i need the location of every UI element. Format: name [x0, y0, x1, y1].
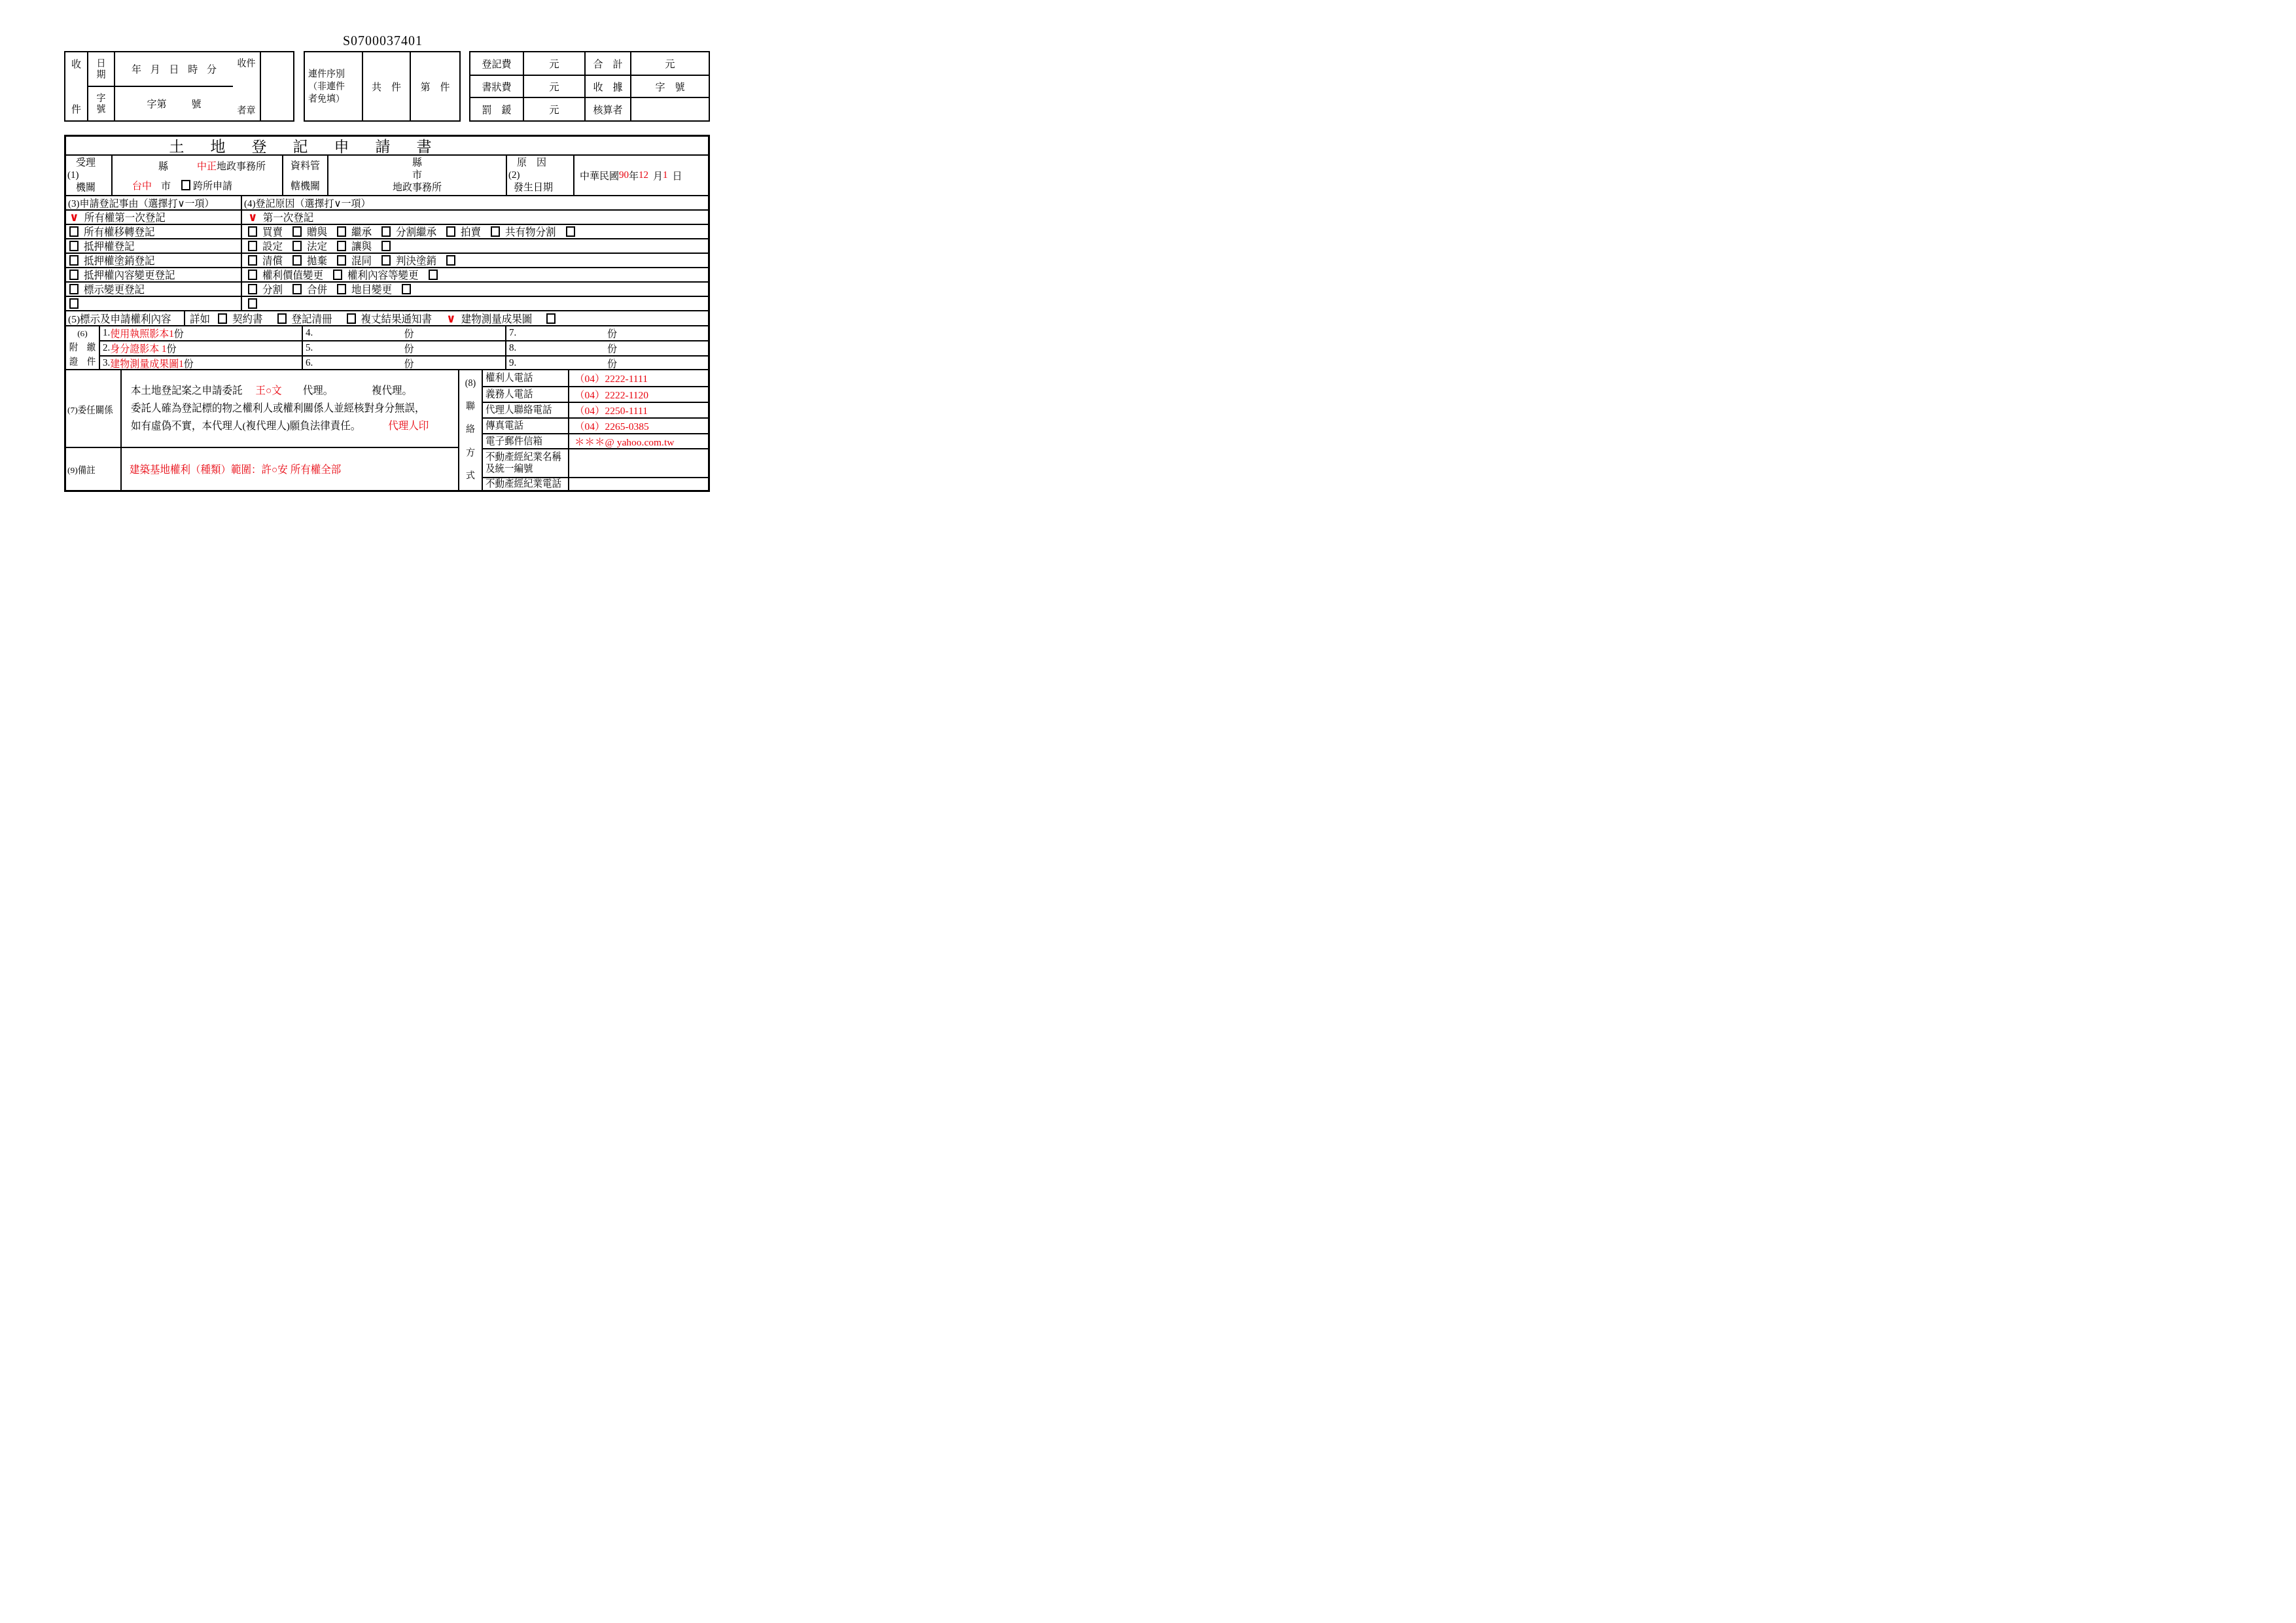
apply-marking-change: 標示變更登記: [66, 283, 242, 296]
row-mortgage-content-change: 抵押權內容變更登記 權利價值變更 權利內容等變更: [66, 267, 708, 281]
attachment-item[interactable]: 7.份: [506, 326, 708, 340]
receiver-label-top: 收件: [238, 56, 256, 69]
fee-total-label: 合 計: [584, 52, 630, 75]
checkbox[interactable]: [69, 270, 79, 280]
option-label: 分割繼承: [396, 224, 436, 239]
contact-name: 義務人電話: [483, 387, 569, 402]
attachment-no: 3.: [103, 358, 110, 369]
batch-nth-cell[interactable]: 第 件: [411, 52, 459, 120]
attachment-unit: 份: [184, 357, 194, 370]
checkbox[interactable]: [337, 241, 346, 251]
bottom-left: (7)委任關係 本土地登記案之申請委託 王○文 代理。 複代理。 委託人確為登記…: [66, 370, 459, 490]
checkbox[interactable]: [277, 313, 287, 324]
agency-label-bottom: 機關: [66, 182, 111, 194]
contact-name: 電子郵件信箱: [483, 434, 569, 448]
checkbox[interactable]: [446, 226, 455, 237]
option-label: 判決塗銷: [396, 253, 436, 268]
section8-char: 聯: [466, 399, 475, 412]
attachment-item[interactable]: 8.份: [506, 340, 708, 355]
contact-value: （04）2250-1111: [569, 403, 708, 417]
apply-content-change: 抵押權內容變更登記: [66, 268, 242, 281]
delegation-line3-text: 如有虛偽不實，本代理人(複代理人)願負法律責任。: [131, 421, 361, 432]
attachments-col2: 4.份 5.份 6.份: [303, 326, 506, 369]
option-label: 混同: [351, 253, 372, 268]
row-section5: (5)標示及申請權利內容 詳如 契約書 登記清冊 複丈結果通知書 ∨建物測量成果…: [66, 310, 708, 325]
contact-value: ＊＊＊@ yahoo.com.tw: [569, 434, 708, 448]
attachment-unit: 份: [516, 341, 708, 355]
batch-seq-label: 連件序別 （非連件 者免填）: [305, 52, 363, 120]
section8-char: 式: [466, 468, 475, 481]
attachment-no: 7.: [509, 328, 516, 339]
number-label-char2: 號: [97, 104, 106, 115]
batch-total-cell[interactable]: 共 件: [363, 52, 411, 120]
checkbox[interactable]: [333, 270, 342, 280]
checkbox[interactable]: [546, 313, 556, 324]
option-label: 拍賣: [461, 224, 481, 239]
checkmark-checked[interactable]: ∨: [248, 211, 258, 223]
receiver-seal-area[interactable]: [261, 52, 293, 120]
cause-date-value: 中華民國 90 年 12 月 1 日: [573, 156, 708, 195]
checkbox[interactable]: [248, 284, 257, 294]
option-label: 合併: [307, 282, 327, 296]
checkbox[interactable]: [248, 241, 257, 251]
attachment-item: 1.使用執照影本1份: [100, 326, 302, 340]
number-label-char1: 字: [97, 93, 106, 104]
section6-label: (6) 附 繳 證 件: [66, 326, 100, 369]
number-field-suffix: 號: [192, 97, 202, 111]
option-label: 抵押權內容變更登記: [84, 268, 175, 282]
attachment-unit: 份: [313, 357, 505, 370]
bottom-section: (7)委任關係 本土地登記案之申請委託 王○文 代理。 複代理。 委託人確為登記…: [66, 369, 708, 490]
option-label: 第一次登記: [263, 210, 314, 224]
checkbox[interactable]: [248, 255, 257, 266]
land-registration-form-page: S0700037401 收 件 日 期 年 月 日 時 分 字 號 字第: [0, 0, 766, 541]
contact-name: 不動產經紀業名稱及統一編號: [483, 449, 569, 477]
checkbox[interactable]: [248, 298, 257, 309]
receipt-date-field[interactable]: 年 月 日 時 分: [115, 52, 233, 86]
day-unit: 日: [673, 169, 682, 183]
section6-label-line2: 證 件: [69, 354, 96, 367]
attachment-unit: 份: [167, 341, 177, 355]
checkbox[interactable]: [69, 255, 79, 266]
fee-total-amount[interactable]: 元: [630, 52, 709, 75]
section8-contact: (8) 聯 絡 方 式 權利人電話 （04）2222-1111 義務人電話 （0…: [459, 370, 708, 490]
number-field-prefix: 字第: [147, 97, 166, 111]
juris-county: 縣: [412, 157, 422, 169]
option-label: 繼承: [351, 224, 372, 239]
row-section34-header: (3)申請登記事由（選擇打∨一項） (4)登記原因（選擇打∨一項）: [66, 195, 708, 209]
receiver-seal-label: 收件 者章: [233, 52, 261, 120]
receiver-label-bottom: 者章: [238, 103, 256, 116]
option-label: 讓與: [351, 239, 372, 253]
receipt-label-top: 收: [71, 57, 81, 71]
section6-num: (6): [77, 328, 88, 339]
option-label: 所有權第一次登記: [84, 210, 166, 224]
option-label: 抵押權登記: [84, 239, 135, 253]
checkbox[interactable]: [566, 226, 575, 237]
option-label: 標示變更登記: [84, 282, 145, 296]
section7-label: (7)委任關係: [66, 370, 122, 447]
checkmark-checked[interactable]: ∨: [446, 313, 456, 324]
attachments-col1: 1.使用執照影本1份 2.身分證影本 1份 3.建物測量成果圖1份: [100, 326, 303, 369]
checkbox[interactable]: [381, 255, 391, 266]
option-label: 地目變更: [351, 282, 392, 296]
form-title: 土地登記申請書: [66, 137, 708, 154]
cross-office-checkbox[interactable]: [181, 180, 190, 190]
apply-ownership-transfer: 所有權移轉登記: [66, 225, 242, 238]
contact-value: （04）2222-1120: [569, 387, 708, 402]
fee-registration-label: 登記費: [470, 52, 523, 75]
remarks-content: 建築基地權利（種類）範圍：許○安 所有權全部: [122, 448, 458, 490]
contact-name: 權利人電話: [483, 370, 569, 386]
date-label-char2: 期: [97, 69, 106, 80]
attachment-item[interactable]: 4.份: [303, 326, 505, 340]
attachment-no: 6.: [306, 358, 313, 369]
delegation-line1: 本土地登記案之申請委託 王○文 代理。 複代理。: [131, 382, 458, 400]
attachment-unit: 份: [313, 341, 505, 355]
checkbox[interactable]: [429, 270, 438, 280]
fee-receipt-label: 收 據: [584, 75, 630, 97]
checkbox[interactable]: [69, 241, 79, 251]
cause-blank: [242, 297, 708, 310]
contact-rows: 權利人電話 （04）2222-1111 義務人電話 （04）2222-1120 …: [483, 370, 708, 490]
contact-value[interactable]: [569, 478, 708, 490]
month-value: 12: [639, 170, 648, 181]
attachment-item: 3.建物測量成果圖1份: [100, 355, 302, 370]
attachment-name: 使用執照影本1: [110, 326, 174, 340]
cause-mortgage-options: 設定 法定 讓與: [242, 239, 708, 253]
option-label: 複丈結果通知書: [361, 311, 433, 326]
county-label: 縣: [158, 159, 168, 173]
row-blank-option: [66, 296, 708, 310]
delegation-statement: 本土地登記案之申請委託 王○文 代理。 複代理。 委託人確為登記標的物之權利人或…: [122, 370, 458, 447]
contact-row: 代理人聯絡電話 （04）2250-1111: [483, 402, 708, 417]
row-first-registration: ∨ 所有權第一次登記 ∨ 第一次登記: [66, 209, 708, 224]
row-section9-remarks: (9)備註 建築基地權利（種類）範圍：許○安 所有權全部: [66, 448, 458, 490]
delegation-line2: 委託人確為登記標的物之權利人或權利關係人並經核對身分無誤，: [131, 400, 458, 417]
jurisdiction-office-cell[interactable]: 縣 市 地政事務所: [327, 156, 506, 195]
fee-auditor-area[interactable]: [630, 97, 709, 120]
checkbox[interactable]: [69, 298, 79, 309]
cause-label-top: 原 因: [507, 157, 573, 169]
receipt-number-field[interactable]: 字第 號: [115, 87, 233, 120]
receipt-side-label: 收 件: [65, 52, 88, 120]
receipt-box: 收 件 日 期 年 月 日 時 分 字 號 字第 號: [64, 51, 294, 122]
option-label: 拋棄: [307, 253, 327, 268]
option-label: 買賣: [262, 224, 283, 239]
juris-city: 市: [412, 169, 422, 182]
attachment-item: 2.身分證影本 1份: [100, 340, 302, 355]
year-value: 90: [619, 170, 629, 181]
attachment-name: 建物測量成果圖1: [110, 357, 184, 370]
attachment-name: 身分證影本 1: [110, 341, 166, 355]
cause-change-options: 權利價值變更 權利內容等變更: [242, 268, 708, 281]
checkbox[interactable]: [248, 270, 257, 280]
fee-fine-amount[interactable]: 元: [523, 97, 584, 120]
delegation-line1-pre: 本土地登記案之申請委託: [131, 385, 243, 396]
receipt-date-label: 日 期: [88, 52, 115, 86]
batch-label-line2: （非連件: [308, 80, 362, 93]
accepting-agency-label: 受理 (1) 機關: [66, 156, 111, 195]
option-label: 契約書: [232, 311, 263, 326]
office-name-value: 中正: [197, 159, 217, 173]
fee-certificate-label: 書狀費: [470, 75, 523, 97]
section9-label: (9)備註: [66, 448, 122, 490]
contact-value: （04）2265-0385: [569, 419, 708, 433]
attachment-no: 2.: [103, 343, 110, 354]
attachment-unit: 份: [174, 326, 184, 340]
agency-label-top: 受理: [66, 157, 111, 169]
city-suffix-label: 市: [161, 179, 171, 192]
section8-char: 絡: [466, 422, 475, 435]
option-label: 贈與: [307, 224, 327, 239]
cause-transfer-options: 買賣 贈與 繼承 分割繼承 拍賣 共有物分割: [242, 225, 708, 238]
attachment-no: 9.: [509, 358, 516, 369]
attachment-no: 4.: [306, 328, 313, 339]
agency-city-line: 台中 市 跨所申請: [113, 175, 282, 195]
section8-label: (8) 聯 絡 方 式: [459, 370, 483, 490]
attachment-item[interactable]: 9.份: [506, 355, 708, 370]
section8-num: (8): [465, 379, 476, 389]
contact-row: 傳真電話 （04）2265-0385: [483, 417, 708, 433]
option-label: 權利內容等變更: [347, 268, 419, 282]
checkbox[interactable]: [446, 255, 455, 266]
delegation-line3: 如有虛偽不實，本代理人(複代理人)願負法律責任。 代理人印: [131, 417, 458, 435]
attachment-unit: 份: [516, 357, 708, 370]
cause-marking-options: 分割 合併 地目變更: [242, 283, 708, 296]
contact-name: 不動產經紀業電話: [483, 478, 569, 490]
attachments-col3: 7.份 8.份 9.份: [506, 326, 708, 369]
checkbox[interactable]: [292, 226, 302, 237]
checkbox[interactable]: [337, 255, 346, 266]
contact-row: 電子郵件信箱 ＊＊＊@ yahoo.com.tw: [483, 433, 708, 448]
apply-mortgage: 抵押權登記: [66, 239, 242, 253]
section6-label-line1: 附 繳: [69, 340, 96, 353]
apply-mortgage-cancel: 抵押權塗銷登記: [66, 254, 242, 267]
checkbox[interactable]: [248, 226, 257, 237]
agent-name-value: 王○文: [255, 385, 281, 396]
option-label: 權利價值變更: [262, 268, 323, 282]
section5-options: 詳如 契約書 登記清冊 複丈結果通知書 ∨建物測量成果圖: [185, 311, 708, 325]
accepting-agency-value: 縣 中正 地政事務所 台中 市 跨所申請: [111, 156, 282, 195]
contact-row: 不動產經紀業電話: [483, 477, 708, 490]
option-label: 設定: [262, 239, 283, 253]
checkbox[interactable]: [491, 226, 500, 237]
option-label: 法定: [307, 239, 327, 253]
attachment-item[interactable]: 6.份: [303, 355, 505, 370]
fee-box: 登記費 元 合 計 元 書狀費 元 收 據 字 號 罰 鍰 元 核算者: [469, 51, 710, 122]
apply-first-registration: ∨ 所有權第一次登記: [66, 211, 242, 224]
checkbox[interactable]: [337, 284, 346, 294]
checkbox[interactable]: [381, 226, 391, 237]
checkbox[interactable]: [292, 255, 302, 266]
agent-seal-label: 代理人印: [388, 421, 429, 432]
attachment-item[interactable]: 5.份: [303, 340, 505, 355]
agency-label-num: (1): [66, 169, 111, 182]
juris-office: 地政事務所: [393, 182, 442, 194]
checkbox[interactable]: [292, 241, 302, 251]
section3-header: (3)申請登記事由（選擇打∨一項）: [66, 196, 242, 209]
attachment-no: 1.: [103, 328, 110, 339]
delegation-agent-suffix: 代理。: [303, 385, 334, 396]
row-marking-change: 標示變更登記 分割 合併 地目變更: [66, 281, 708, 296]
receipt-date-row: 日 期 年 月 日 時 分: [88, 52, 233, 86]
year-unit: 年: [629, 169, 639, 183]
batch-label-line3: 者免填）: [308, 93, 362, 105]
section8-char: 方: [466, 445, 475, 459]
cause-label-num: (2): [507, 169, 573, 182]
day-value: 1: [663, 170, 668, 181]
fee-receipt-number[interactable]: 字 號: [630, 75, 709, 97]
agency-county-line: 縣 中正 地政事務所: [113, 156, 282, 175]
attachment-no: 5.: [306, 343, 313, 354]
cause-first-registration: ∨ 第一次登記: [242, 211, 708, 224]
option-label: 清償: [262, 253, 283, 268]
contact-value[interactable]: [569, 449, 708, 477]
fee-auditor-label: 核算者: [584, 97, 630, 120]
apply-blank: [66, 297, 242, 310]
receipt-label-bottom: 件: [71, 102, 81, 116]
receipt-middle: 日 期 年 月 日 時 分 字 號 字第 號: [88, 52, 233, 120]
checkbox[interactable]: [402, 284, 411, 294]
option-label: 抵押權塗銷登記: [84, 253, 155, 268]
contact-row: 義務人電話 （04）2222-1120: [483, 386, 708, 402]
row-mortgage-registration: 抵押權登記 設定 法定 讓與: [66, 238, 708, 253]
data-juris-top: 資料管: [291, 158, 320, 172]
checkbox[interactable]: [69, 284, 79, 294]
contact-row: 權利人電話 （04）2222-1111: [483, 370, 708, 386]
attachment-no: 8.: [509, 343, 516, 354]
checkbox[interactable]: [69, 226, 79, 237]
option-label: 所有權移轉登記: [84, 224, 155, 239]
contact-name: 傳真電話: [483, 419, 569, 433]
section5-label: (5)標示及申請權利內容: [66, 311, 185, 325]
data-jurisdiction-label: 資料管 轄機關: [282, 156, 327, 195]
main-form-table: 土地登記申請書 受理 (1) 機關 縣 中正 地政事務所 台中 市 跨所申請: [64, 135, 710, 492]
option-label: 登記清冊: [292, 311, 332, 326]
section5-prefix: 詳如: [190, 311, 210, 326]
month-unit: 月: [653, 169, 663, 183]
delegation-subagent-suffix: 複代理。: [372, 385, 412, 396]
cross-office-label: 跨所申請: [193, 179, 232, 192]
data-juris-bottom: 轄機關: [291, 179, 320, 192]
checkbox[interactable]: [347, 313, 356, 324]
checkbox[interactable]: [381, 241, 391, 251]
date-label-char1: 日: [97, 58, 106, 69]
contact-row: 不動產經紀業名稱及統一編號: [483, 448, 708, 477]
era-label: 中華民國: [580, 169, 619, 183]
checkbox[interactable]: [292, 284, 302, 294]
row-section7-delegation: (7)委任關係 本土地登記案之申請委託 王○文 代理。 複代理。 委託人確為登記…: [66, 370, 458, 448]
checkbox[interactable]: [218, 313, 227, 324]
contact-value: （04）2222-1111: [569, 370, 708, 386]
attachment-unit: 份: [516, 326, 708, 340]
batch-label-line1: 連件序別: [308, 68, 362, 80]
row-accepting-agency: 受理 (1) 機關 縣 中正 地政事務所 台中 市 跨所申請 資料管: [66, 154, 708, 195]
row-ownership-transfer: 所有權移轉登記 買賣 贈與 繼承 分割繼承 拍賣 共有物分割: [66, 224, 708, 238]
section4-header: (4)登記原因（選擇打∨一項）: [242, 196, 708, 209]
contact-name: 代理人聯絡電話: [483, 403, 569, 417]
option-label: 共有物分割: [505, 224, 556, 239]
option-label: 分割: [262, 282, 283, 296]
fee-certificate-amount[interactable]: 元: [523, 75, 584, 97]
receipt-number-label: 字 號: [88, 87, 115, 120]
batch-sequence-box: 連件序別 （非連件 者免填） 共 件 第 件: [304, 51, 461, 122]
city-name-value: 台中: [132, 179, 152, 192]
receipt-number-row: 字 號 字第 號: [88, 86, 233, 120]
fee-registration-amount[interactable]: 元: [523, 52, 584, 75]
checkbox[interactable]: [337, 226, 346, 237]
office-suffix-label: 地政事務所: [217, 159, 266, 173]
row-section6-attachments: (6) 附 繳 證 件 1.使用執照影本1份 2.身分證影本 1份 3.建物測量…: [66, 325, 708, 369]
fee-fine-label: 罰 鍰: [470, 97, 523, 120]
cause-cancel-options: 清償 拋棄 混同 判決塗銷: [242, 254, 708, 267]
checkmark-checked[interactable]: ∨: [69, 211, 79, 223]
cause-label-bottom: 發生日期: [507, 182, 573, 194]
cause-date-label: 原 因 (2) 發生日期: [506, 156, 573, 195]
row-mortgage-cancellation: 抵押權塗銷登記 清償 拋棄 混同 判決塗銷: [66, 253, 708, 267]
option-label: 建物測量成果圖: [461, 311, 533, 326]
attachment-unit: 份: [313, 326, 505, 340]
serial-number: S0700037401: [0, 34, 766, 49]
